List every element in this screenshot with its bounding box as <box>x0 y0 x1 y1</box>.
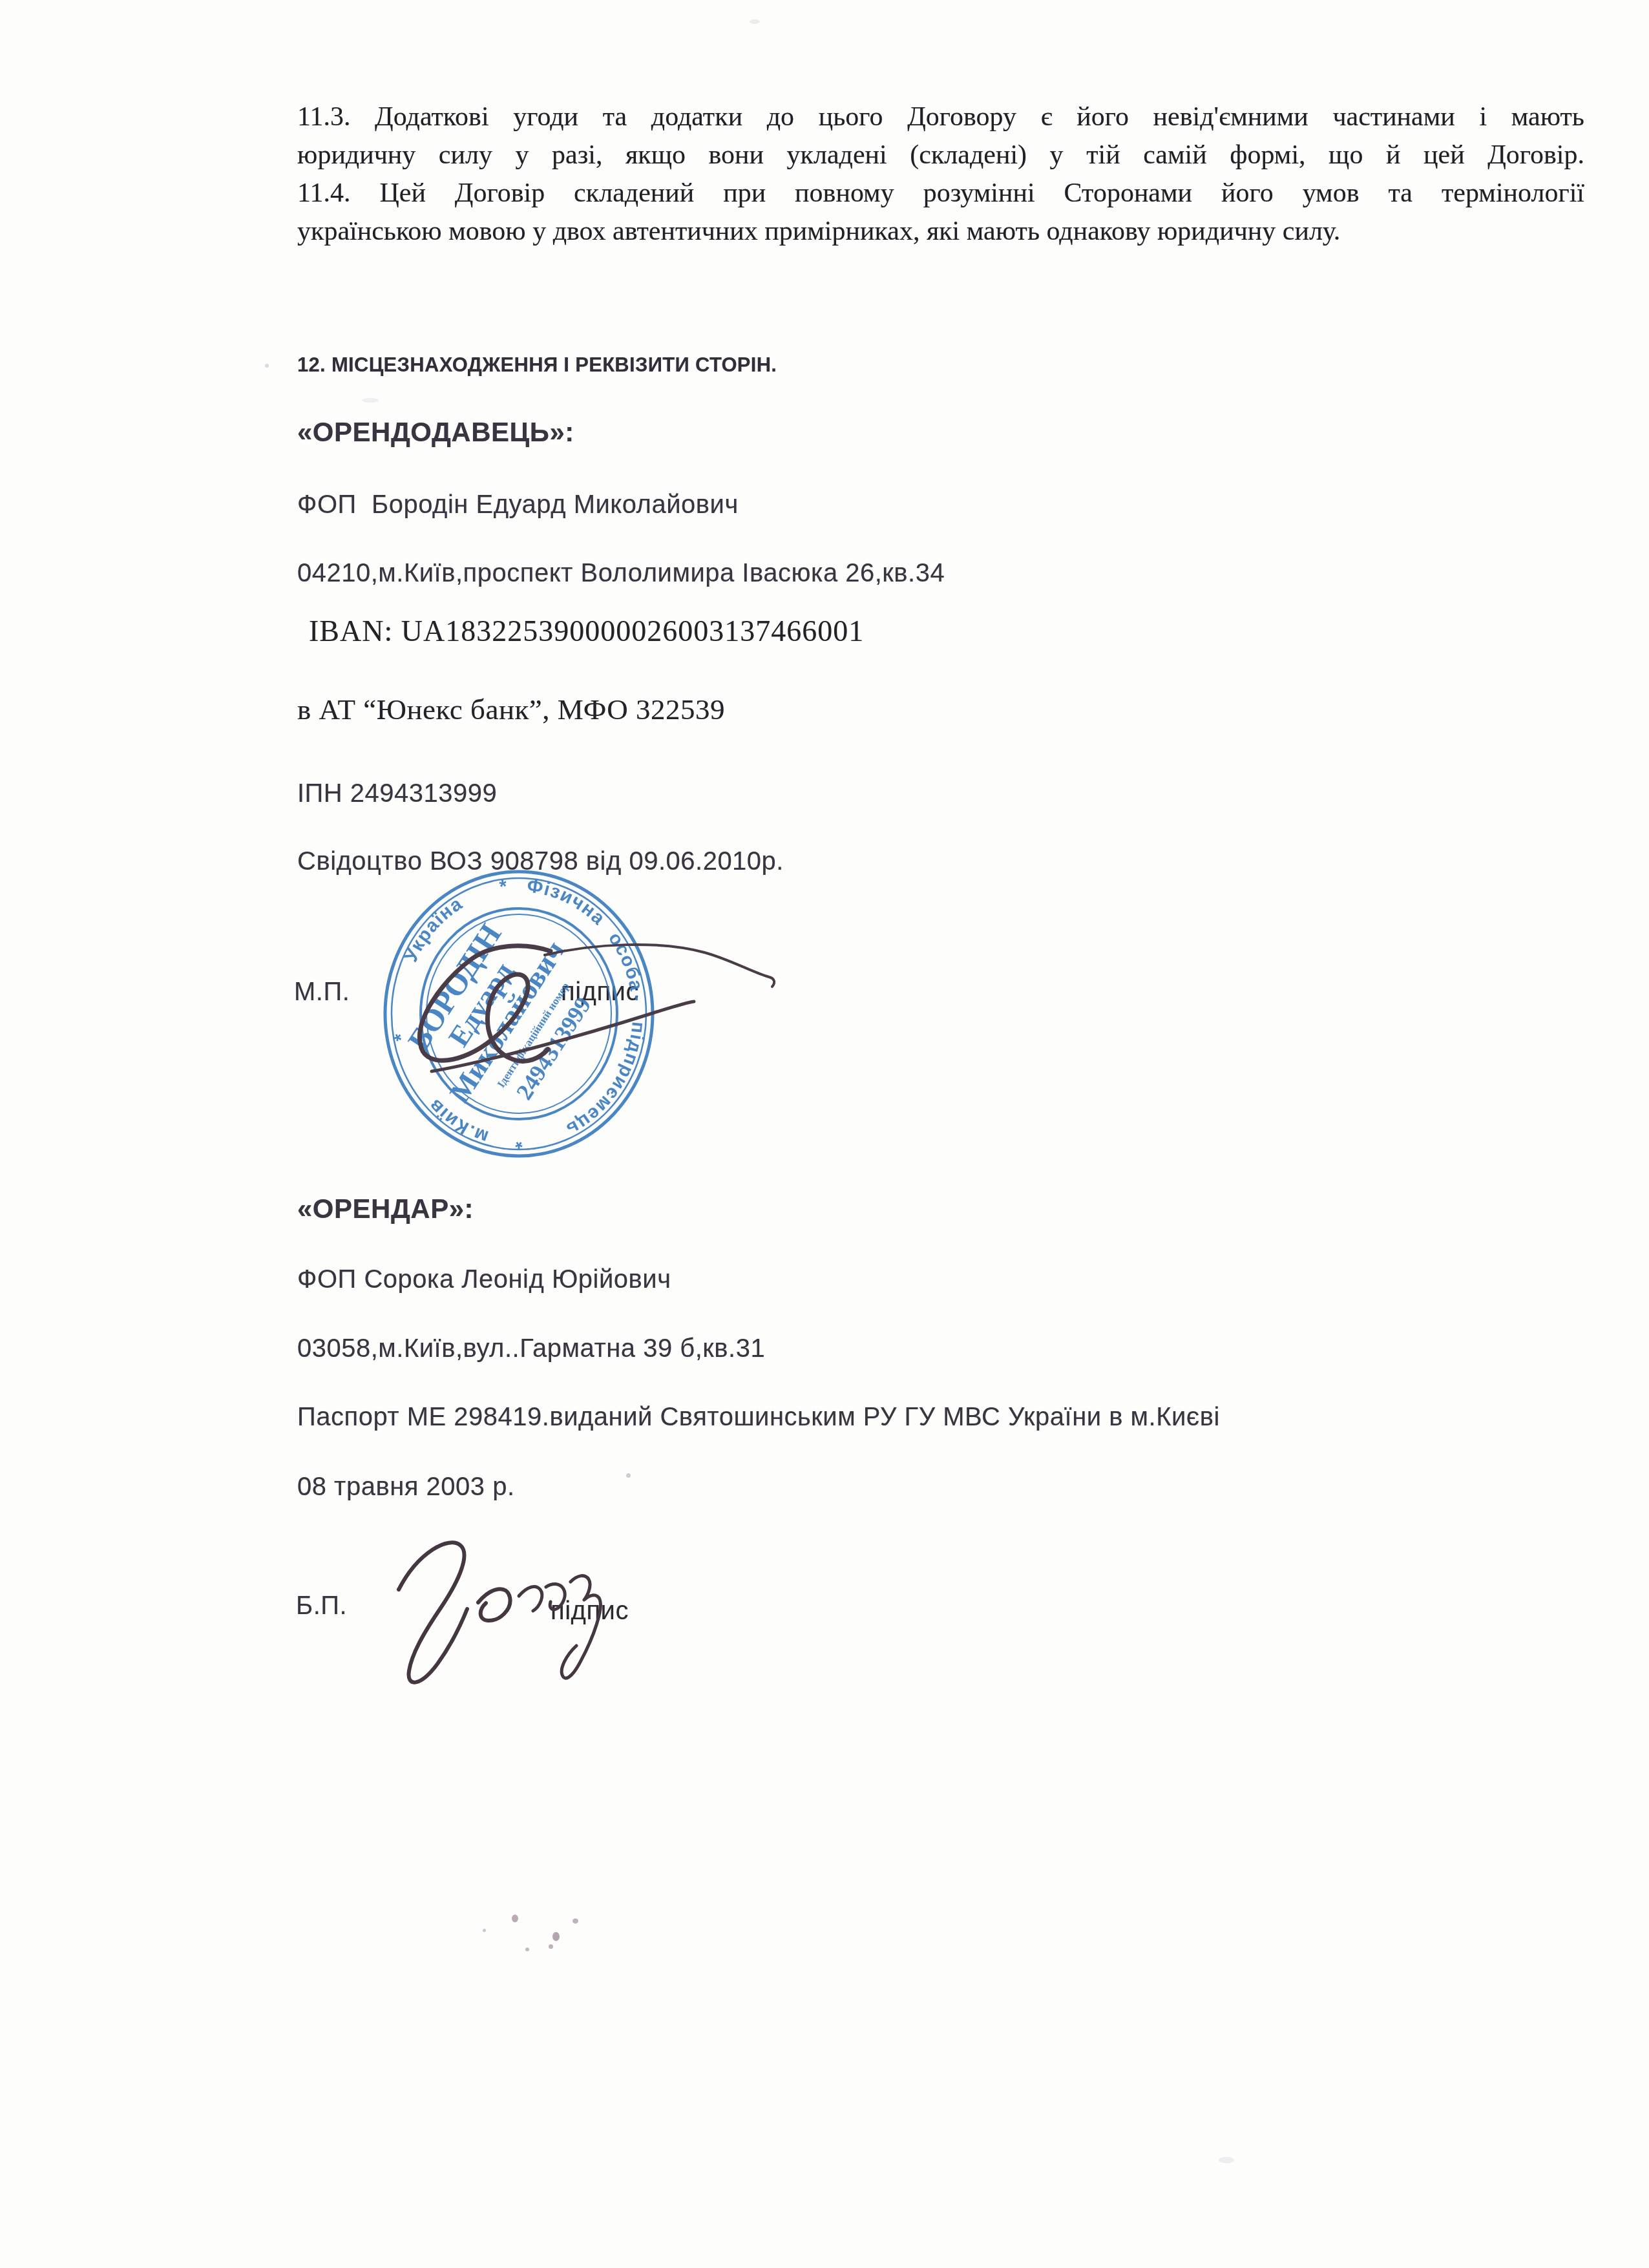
scan-speck <box>750 19 760 24</box>
clause-11-4-line-2: українською мовою у двох автентичних при… <box>297 213 1584 251</box>
landlord-signature <box>381 905 788 1118</box>
scan-speck <box>572 1918 578 1924</box>
stamp-ring-star-2: * <box>514 1131 523 1152</box>
scan-speck <box>362 398 379 403</box>
landlord-bank: в АТ “Юнекс банк”, МФО 322539 <box>297 693 725 726</box>
clauses-paragraph: 11.3. Додаткові угоди та додатки до цьог… <box>297 98 1584 251</box>
landlord-iban: IBAN: UA183225390000026003137466001 <box>309 614 864 648</box>
tenant-seal-label: Б.П. <box>296 1591 347 1621</box>
scan-speck <box>549 1944 553 1949</box>
landlord-name: ФОП Бородін Едуард Миколайович <box>297 490 739 520</box>
scan-speck <box>512 1915 518 1922</box>
scan-speck <box>483 1929 486 1932</box>
tenant-title: «ОРЕНДАР»: <box>297 1194 474 1224</box>
landlord-seal-label: М.П. <box>294 977 350 1007</box>
scanned-contract-page: 11.3. Додаткові угоди та додатки до цьог… <box>0 0 1649 2268</box>
clause-11-4-line-1: 11.4. Цей Договір складений при повному … <box>297 174 1584 213</box>
landlord-ipn: ІПН 2494313999 <box>297 779 497 808</box>
scan-speck <box>552 1932 560 1941</box>
scan-speck <box>265 364 269 368</box>
section-12-heading: 12. МІСЦЕЗНАХОДЖЕННЯ І РЕКВІЗИТИ СТОРІН. <box>297 350 777 380</box>
tenant-address: 03058,м.Київ,вул..Гарматна 39 б,кв.31 <box>297 1334 765 1363</box>
landlord-title: «ОРЕНДОДАВЕЦЬ»: <box>297 417 574 447</box>
scan-speck <box>1219 2157 1234 2163</box>
tenant-signature <box>359 1512 630 1706</box>
clause-11-3-line-2: юридичну силу у разі, якщо вони укладені… <box>297 136 1584 174</box>
tenant-passport: Паспорт МЕ 298419.виданий Святошинським … <box>297 1402 1220 1432</box>
tenant-name: ФОП Сорока Леонід Юрійович <box>297 1265 671 1294</box>
scan-speck <box>626 1473 631 1478</box>
clause-11-3-line-1: 11.3. Додаткові угоди та додатки до цьог… <box>297 98 1584 136</box>
landlord-address: 04210,м.Київ,проспект Вололимира Івасюка… <box>297 558 945 588</box>
tenant-passport-date: 08 травня 2003 р. <box>297 1472 515 1502</box>
scan-speck <box>525 1948 529 1951</box>
